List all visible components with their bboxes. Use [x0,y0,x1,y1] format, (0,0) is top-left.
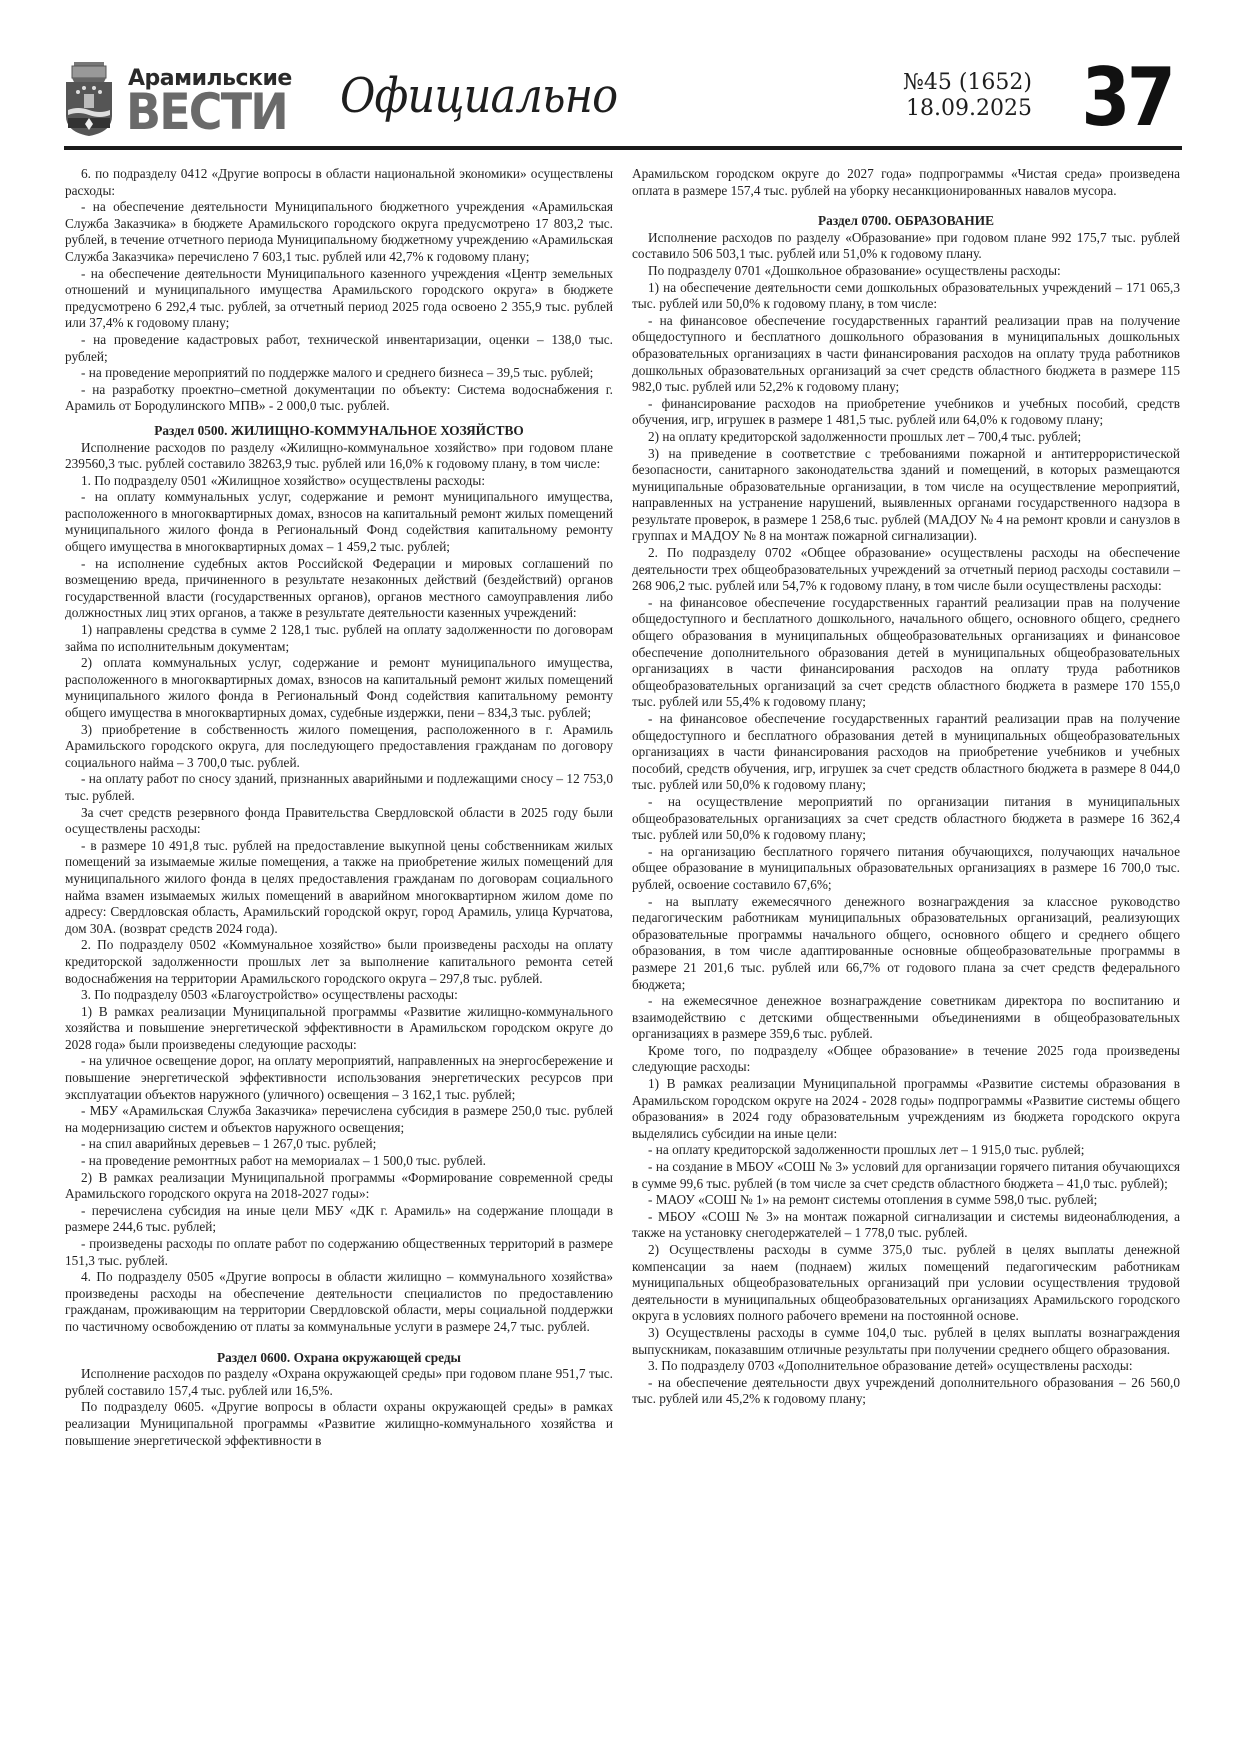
coat-of-arms-icon [64,62,114,136]
paragraph: - на финансовое обеспечение государствен… [632,313,1180,396]
paragraph: 1) В рамках реализации Муниципальной про… [632,1076,1180,1142]
paragraph: - на финансовое обеспечение государствен… [632,595,1180,711]
right-column: Арамильском городском округе до 2027 год… [632,166,1180,1408]
paragraph: - финансирование расходов на приобретени… [632,396,1180,429]
paragraph: По подразделу 0701 «Дошкольное образован… [632,263,1180,280]
paragraph: 2. По подразделу 0502 «Коммунальное хозя… [65,937,613,987]
paragraph: - на оплату кредиторской задолженности п… [632,1142,1180,1159]
paragraph: - на разработку проектно–сметной докумен… [65,382,613,415]
logo-title: ВЕСТИ [126,84,287,140]
paragraph: 4. По подразделу 0505 «Другие вопросы в … [65,1269,613,1335]
paragraph: 1) направлены средства в сумме 2 128,1 т… [65,622,613,655]
left-column: 6. по подразделу 0412 «Другие вопросы в … [65,166,613,1449]
issue-number: №45 (1652) [903,70,1032,96]
paragraph: 2. По подразделу 0702 «Общее образование… [632,545,1180,595]
paragraph: 3. По подразделу 0503 «Благоустройство» … [65,987,613,1004]
paragraph: Исполнение расходов по разделу «Охрана о… [65,1366,613,1399]
paragraph: За счет средств резервного фонда Правите… [65,805,613,838]
paragraph: - на обеспечение деятельности Муниципаль… [65,199,613,265]
paragraph: - на проведение кадастровых работ, техни… [65,332,613,365]
paragraph: 3) Осуществлены расходы в сумме 104,0 ты… [632,1325,1180,1358]
paragraph: - МАОУ «СОШ № 1» на ремонт системы отопл… [632,1192,1180,1209]
paragraph: - на обеспечение деятельности Муниципаль… [65,266,613,332]
paragraph: - МБУ «Арамильская Служба Заказчика» пер… [65,1103,613,1136]
paragraph: - на исполнение судебных актов Российско… [65,556,613,622]
section-heading-0600: Раздел 0600. Охрана окружающей среды [65,1350,613,1367]
paragraph: Исполнение расходов по разделу «Жилищно-… [65,440,613,473]
paragraph: - в размере 10 491,8 тыс. рублей на пред… [65,838,613,938]
section-heading-0700: Раздел 0700. ОБРАЗОВАНИЕ [632,213,1180,230]
paragraph: 2) В рамках реализации Муниципальной про… [65,1170,613,1203]
paragraph: - на создание в МБОУ «СОШ № 3» условий д… [632,1159,1180,1192]
paragraph: - на проведение мероприятий по поддержке… [65,365,613,382]
paragraph: - на осуществление мероприятий по органи… [632,794,1180,844]
paragraph: - на обеспечение деятельности двух учреж… [632,1375,1180,1408]
paragraph: 3. По подразделу 0703 «Дополнительное об… [632,1358,1180,1375]
paragraph: 6. по подразделу 0412 «Другие вопросы в … [65,166,613,199]
paragraph: 1. По подразделу 0501 «Жилищное хозяйств… [65,473,613,490]
paragraph: - на финансовое обеспечение государствен… [632,711,1180,794]
paragraph: - произведены расходы по оплате работ по… [65,1236,613,1269]
paragraph: 1) В рамках реализации Муниципальной про… [65,1004,613,1054]
masthead: Арамильские ВЕСТИ Официально №45 (1652) … [64,56,1182,148]
paragraph: - на ежемесячное денежное вознаграждение… [632,993,1180,1043]
paragraph: 2) оплата коммунальных услуг, содержание… [65,655,613,721]
section-title: Официально [340,68,617,124]
page-number: 37 [1081,56,1172,140]
header-divider [64,146,1182,150]
paragraph: - на спил аварийных деревьев – 1 267,0 т… [65,1136,613,1153]
paragraph: 2) на оплату кредиторской задолженности … [632,429,1180,446]
paragraph: 3) на приведение в соответствие с требов… [632,446,1180,546]
issue-info: №45 (1652) 18.09.2025 [903,70,1032,122]
paragraph: Кроме того, по подразделу «Общее образов… [632,1043,1180,1076]
paragraph: - на уличное освещение дорог, на оплату … [65,1053,613,1103]
paragraph: 1) на обеспечение деятельности семи дошк… [632,280,1180,313]
paragraph: По подразделу 0605. «Другие вопросы в об… [65,1399,613,1449]
issue-date: 18.09.2025 [903,96,1032,122]
paragraph: - на проведение ремонтных работ на мемор… [65,1153,613,1170]
paragraph: - МБОУ «СОШ № 3» на монтаж пожарной сигн… [632,1209,1180,1242]
paragraph: 3) приобретение в собственность жилого п… [65,722,613,772]
paragraph: - на организацию бесплатного горячего пи… [632,844,1180,894]
paragraph-continuation: Арамильском городском округе до 2027 год… [632,166,1180,199]
paragraph: 2) Осуществлены расходы в сумме 375,0 ты… [632,1242,1180,1325]
paragraph: - на оплату коммунальных услуг, содержан… [65,489,613,555]
paragraph: - перечислена субсидия на иные цели МБУ … [65,1203,613,1236]
paragraph: - на оплату работ по сносу зданий, призн… [65,771,613,804]
paragraph: Исполнение расходов по разделу «Образова… [632,230,1180,263]
paragraph: - на выплату ежемесячного денежного возн… [632,894,1180,994]
newspaper-logo: Арамильские ВЕСТИ [64,62,309,138]
section-heading-0500: Раздел 0500. ЖИЛИЩНО-КОММУНАЛЬНОЕ ХОЗЯЙС… [65,423,613,440]
